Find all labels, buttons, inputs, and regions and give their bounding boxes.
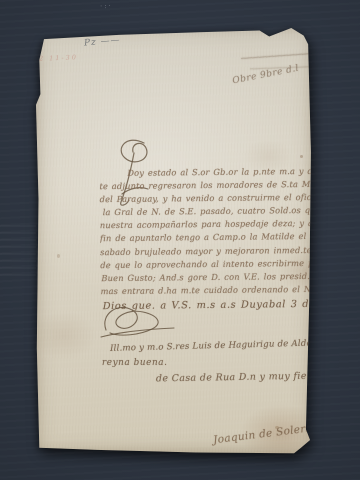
red-pencil-annotation: 2 11-30 xyxy=(39,53,78,62)
manuscript-line: mas entrara d.ha m.te cuidado ordenando … xyxy=(100,283,316,298)
paper-sheet: Pz —— 2 11-30 Obre 9bre d.l Doy estado a… xyxy=(36,28,312,455)
background-speck-mark: ·:· xyxy=(100,2,113,11)
fold-crease xyxy=(241,52,327,59)
closing-addressee-line: reyna buena. xyxy=(102,358,168,368)
manuscript-body: Doy estado al S.or Gb.or la p.nte m.a y … xyxy=(99,165,317,313)
signature-block: Joaquin de Soler xyxy=(211,406,334,447)
closing-place-line: de Casa de Rua D.n y muy fiel. xyxy=(156,371,314,385)
signature-rubric-icon xyxy=(98,300,178,342)
manuscript-page: Pz —— 2 11-30 Obre 9bre d.l Doy estado a… xyxy=(36,28,312,455)
signature-text: Joaquin de Soler xyxy=(213,423,307,446)
signature-swash-icon xyxy=(303,406,334,435)
background-scratches xyxy=(0,225,36,280)
ink-stain xyxy=(300,155,303,158)
photograph-of-manuscript: ·:· Pz —— 2 11-30 Obre 9bre d.l Doy esta… xyxy=(0,0,360,480)
ink-stain xyxy=(57,254,60,258)
pencil-annotation: Pz —— xyxy=(84,35,121,48)
